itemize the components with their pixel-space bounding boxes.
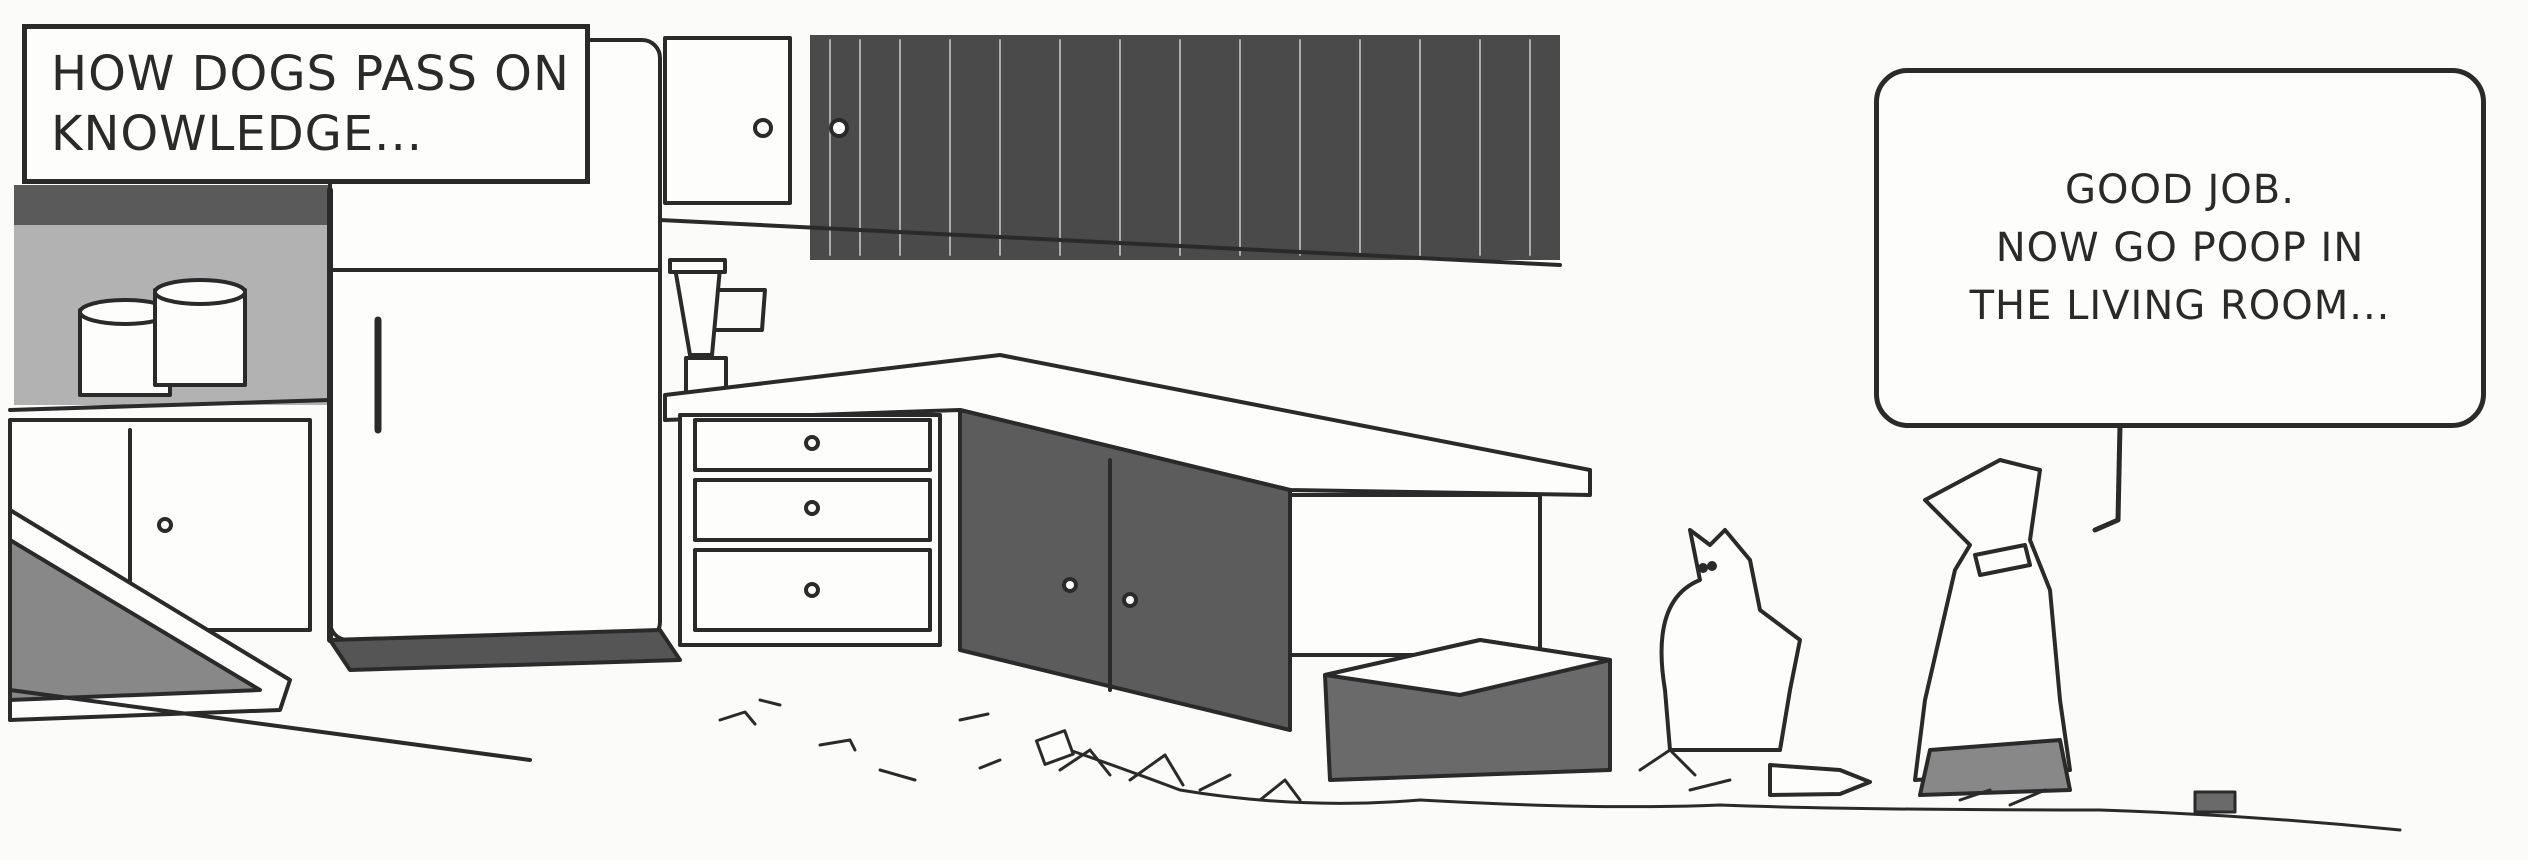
caption-line: KNOWLEDGE... [51, 104, 585, 164]
speech-line: NOW GO POOP IN [1996, 219, 2365, 277]
bottle [1770, 765, 1870, 795]
speech-line: THE LIVING ROOM... [1970, 277, 2391, 335]
upper-cabinets [660, 35, 1560, 265]
caption-line: HOW DOGS PASS ON [51, 44, 585, 104]
big-dog [1915, 460, 2070, 795]
speech-bubble-tail [2095, 425, 2120, 530]
overturned-box [1325, 640, 1610, 780]
small-dog [1662, 530, 1800, 750]
speech-bubble: GOOD JOB. NOW GO POOP IN THE LIVING ROOM… [1874, 68, 2486, 428]
speech-line: GOOD JOB. [2065, 161, 2295, 219]
comic-panel: HOW DOGS PASS ON KNOWLEDGE... GOOD JOB. … [0, 0, 2528, 860]
blender [670, 260, 765, 393]
caption-box: HOW DOGS PASS ON KNOWLEDGE... [22, 24, 590, 184]
